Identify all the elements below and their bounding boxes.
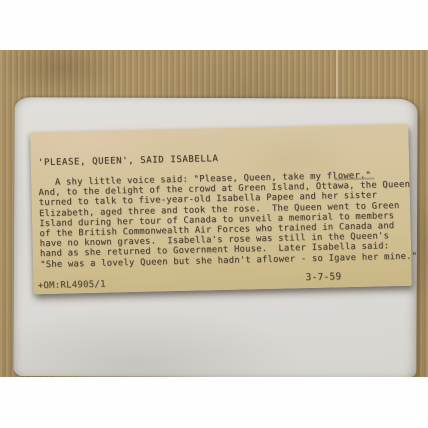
photograph-area: 'PLEASE, QUEEN', SAID ISABELLA A shy lit… [0, 50, 428, 377]
photo-frame-bottom [0, 377, 428, 428]
caption-slip: 'PLEASE, QUEEN', SAID ISABELLA A shy lit… [30, 124, 412, 295]
photo-of-caption-document: 'PLEASE, QUEEN', SAID ISABELLA A shy lit… [0, 0, 428, 428]
date-stamp: 3-7-59 [305, 271, 341, 283]
photo-frame-top [0, 0, 428, 50]
caption-title: 'PLEASE, QUEEN', SAID ISABELLA [38, 154, 219, 168]
caption-body: A shy little voice said: "Please, Queen,… [38, 170, 417, 270]
reference-number: +OM:RL4905/1 [38, 280, 106, 292]
